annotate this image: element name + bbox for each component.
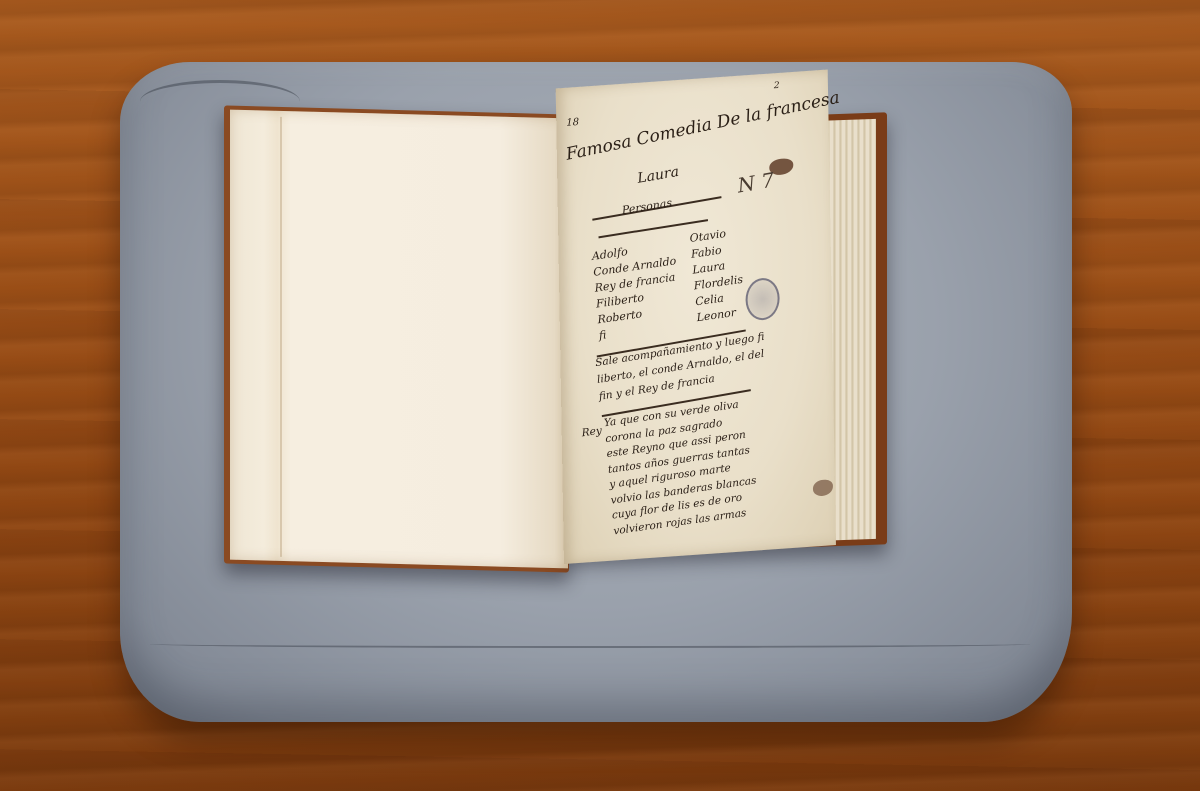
catalog-mark: N 7 xyxy=(736,168,775,198)
library-stamp xyxy=(745,277,780,321)
manuscript-book: 4 18 2 Famosa Comedia De la francesa Lau… xyxy=(222,88,887,578)
speaker-label: Rey xyxy=(581,425,602,440)
personas-heading: Personas xyxy=(621,196,672,217)
flyleaf-fold xyxy=(280,117,282,557)
manuscript-subtitle: Laura xyxy=(636,164,679,187)
handwritten-right-page: 18 2 Famosa Comedia De la francesa Laura… xyxy=(556,70,836,564)
manuscript-title: Famosa Comedia De la francesa xyxy=(565,88,841,165)
cast-list-left: Adolfo Conde Arnaldo Rey de francia Fili… xyxy=(591,237,682,344)
photo-scene: 4 18 2 Famosa Comedia De la francesa Lau… xyxy=(0,0,1200,791)
ink-stain xyxy=(813,479,833,496)
cushion-seam xyxy=(150,640,1030,648)
blank-left-page xyxy=(230,110,568,569)
verse-lines: Ya que con su verde oliva corona la paz … xyxy=(603,396,759,539)
folio-number: 18 xyxy=(566,117,579,129)
cast-list-right: Otavio Fabio Laura Flordelis Celia Leono… xyxy=(689,224,746,326)
page-number-top: 2 xyxy=(774,81,780,91)
